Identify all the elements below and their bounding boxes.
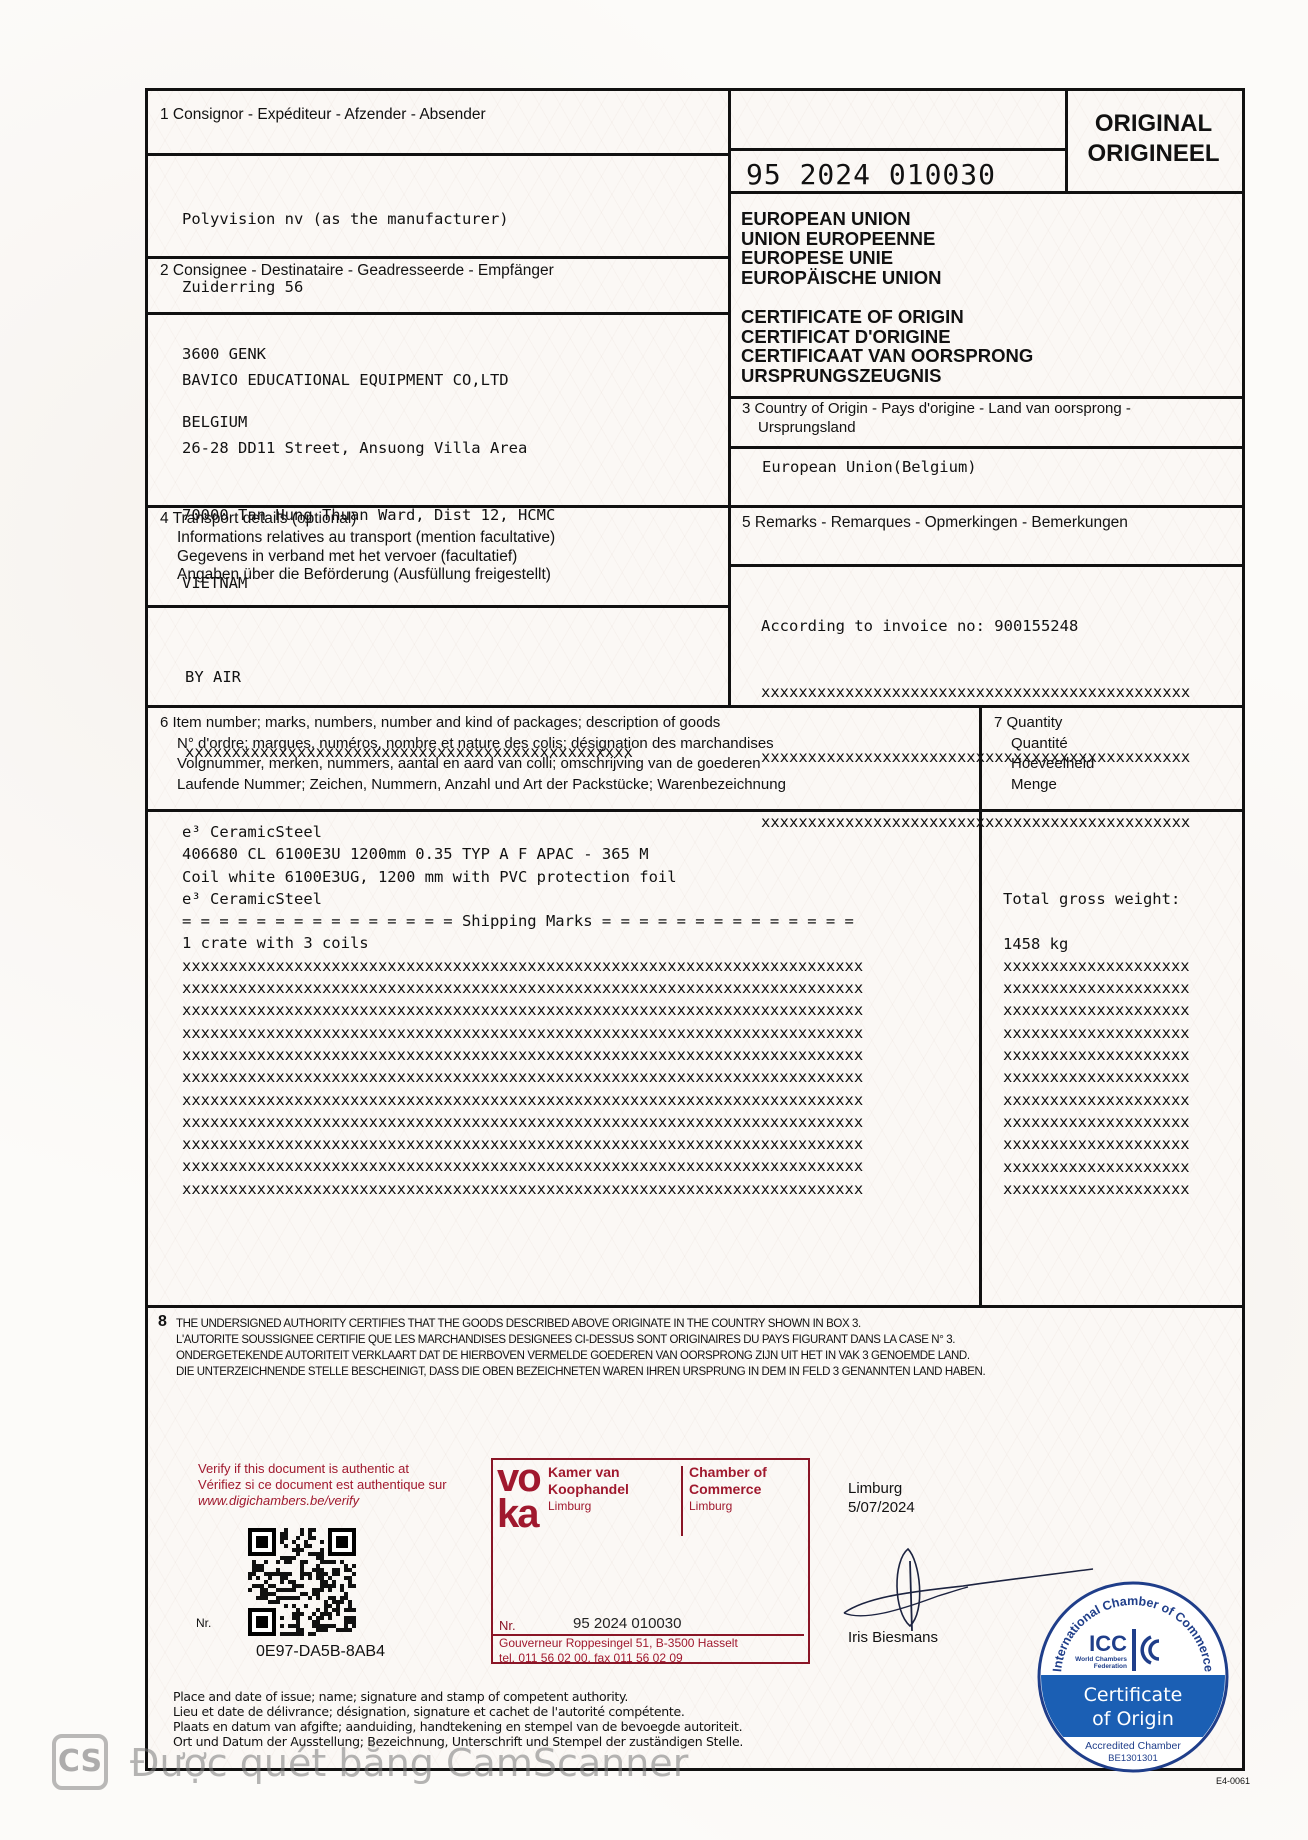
divider (148, 256, 730, 259)
chamber-contact: Gouverneur Roppesingel 51, B-3500 Hassel… (499, 1636, 738, 1666)
box3-label-line: Ursprungsland (742, 418, 1131, 437)
union-title: EUROPEAN UNION (741, 209, 941, 229)
filler-line: xxxxxxxxxxxxxxxxxxxx (1003, 1066, 1233, 1088)
certification-line: L'AUTORITE SOUSSIGNEE CERTIFIE QUE LES M… (176, 1332, 985, 1348)
stamp-nr-label: Nr. (499, 1618, 516, 1633)
filler-line: xxxxxxxxxxxxxxxxxxxx (1003, 977, 1233, 999)
filler-line: xxxxxxxxxxxxxxxxxxxx (1003, 1133, 1233, 1155)
certificate-title: URSPRUNGSZEUGNIS (741, 366, 1033, 386)
invoice-reference: According to invoice no: 900155248 (761, 616, 1190, 638)
consignor-line: Polyvision nv (as the manufacturer) (182, 208, 509, 231)
voka-logo: vo ka (497, 1460, 540, 1532)
filler-line: xxxxxxxxxxxxxxxxxxxxxxxxxxxxxxxxxxxxxxxx… (182, 1044, 972, 1066)
box7-label-line: Hoeveelheid (994, 754, 1094, 775)
chamber-nl-line: Koophandel (548, 1481, 629, 1498)
weight-label: Total gross weight: (1003, 888, 1233, 910)
certificate-titles: CERTIFICATE OF ORIGIN CERTIFICAT D'ORIGI… (741, 307, 1033, 385)
camscanner-logo: CS (52, 1734, 108, 1790)
chamber-nl-region: Limburg (548, 1498, 629, 1515)
filler-line: xxxxxxxxxxxxxxxxxxxx (1003, 1156, 1233, 1178)
issue-place-date: Limburg 5/07/2024 (848, 1479, 915, 1517)
filler-line: xxxxxxxxxxxxxxxxxxxxxxxxxxxxxxxxxxxxxxxx… (182, 1066, 972, 1088)
box4-label: 4 Transport details (optional) Informati… (160, 510, 555, 585)
box1-label: 1 Consignor - Expéditeur - Afzender - Ab… (160, 105, 486, 124)
goods-line: 406680 CL 6100E3U 1200mm 0.35 TYP A F AP… (182, 843, 972, 865)
divider (148, 809, 1242, 812)
filler-line: xxxxxxxxxxxxxxxxxxxxxxxxxxxxxxxxxxxxxxxx… (182, 955, 972, 977)
goods-line: Coil white 6100E3UG, 1200 mm with PVC pr… (182, 866, 972, 888)
chamber-en: Chamber of Commerce Limburg (689, 1464, 767, 1515)
svg-text:World Chambers: World Chambers (1075, 1656, 1127, 1663)
transport-mode: BY AIR (185, 665, 633, 690)
certification-line: ONDERGETEKENDE AUTORITEIT VERKLAART DAT … (176, 1348, 985, 1364)
issue-notes: Place and date of issue; name; signature… (173, 1689, 743, 1749)
verify-line: Vérifiez si ce document est authentique … (198, 1477, 447, 1493)
verify-notice: Verify if this document is authentic at … (198, 1461, 447, 1509)
union-titles: EUROPEAN UNION UNION EUROPEENNE EUROPESE… (741, 209, 941, 287)
certification-line: THE UNDERSIGNED AUTHORITY CERTIFIES THAT… (176, 1316, 985, 1332)
svg-text:Accredited Chamber: Accredited Chamber (1085, 1740, 1181, 1752)
quantity-filler: xxxxxxxxxxxxxxxxxxxxxxxxxxxxxxxxxxxxxxxx… (1003, 955, 1233, 1200)
filler-line: xxxxxxxxxxxxxxxxxxxx (1003, 1178, 1233, 1200)
divider (148, 505, 1242, 508)
certificate-title: CERTIFICAAT VAN OORSPRONG (741, 346, 1033, 366)
filler-line: xxxxxxxxxxxxxxxxxxxxxxxxxxxxxxxxxxxxxxxx… (182, 1022, 972, 1044)
union-title: UNION EUROPEENNE (741, 229, 941, 249)
box8-number: 8 (158, 1313, 167, 1331)
box7-label: 7 Quantity Quantité Hoeveelheid Menge (994, 713, 1094, 795)
box4-label-line: Informations relatives au transport (men… (160, 529, 555, 548)
filler-line: xxxxxxxxxxxxxxxxxxxxxxxxxxxxxxxxxxxxxxxx… (182, 999, 972, 1021)
quantity-column: Total gross weight: 1458 kg xxxxxxxxxxxx… (1003, 888, 1233, 1200)
verify-line: Verify if this document is authentic at (198, 1461, 447, 1477)
chamber-nl: Kamer van Koophandel Limburg (548, 1464, 629, 1515)
divider (148, 705, 1242, 708)
divider (728, 564, 1242, 567)
gross-weight: 1458 kg (1003, 933, 1233, 955)
voka-logo-top: vo (497, 1460, 540, 1496)
filler-line: xxxxxxxxxxxxxxxxxxxxxxxxxxxxxxxxxxxxxxxx… (761, 747, 1190, 769)
chamber-address: Gouverneur Roppesingel 51, B-3500 Hassel… (499, 1636, 738, 1651)
icc-seal: International Chamber of Commerce ICC Wo… (1035, 1579, 1231, 1775)
certification-line: DIE UNTERZEICHNENDE STELLE BESCHEINIGT, … (176, 1364, 985, 1380)
verify-nr-label: Nr. (196, 1616, 211, 1630)
box2-label: 2 Consignee - Destinataire - Geadresseer… (160, 261, 554, 280)
box6-label-line: Volgnummer, merken, nummers, aantal en a… (160, 754, 786, 775)
form-code: E4-0061 (1216, 1776, 1250, 1786)
box7-label-line: 7 Quantity (994, 713, 1094, 734)
column-divider (728, 91, 731, 708)
filler-line: xxxxxxxxxxxxxxxxxxxxxxxxxxxxxxxxxxxxxxxx… (761, 682, 1190, 704)
box3-label: 3 Country of Origin - Pays d'origine - L… (742, 399, 1131, 437)
consignee-line: 26-28 DD11 Street, Ansuong Villa Area (182, 437, 555, 460)
issue-note-line: Lieu et date de délivrance; désignation,… (173, 1704, 743, 1719)
camscanner-watermark: Được quét bằng CamScanner (130, 1741, 688, 1785)
box7-label-line: Menge (994, 775, 1094, 796)
signatory-name: Iris Biesmans (848, 1629, 938, 1646)
goods-line: e³ CeramicSteel (182, 821, 972, 843)
filler-line: xxxxxxxxxxxxxxxxxxxxxxxxxxxxxxxxxxxxxxxx… (182, 1111, 972, 1133)
verify-url-link[interactable]: www.digichambers.be/verify (198, 1493, 447, 1509)
issue-date: 5/07/2024 (848, 1498, 915, 1517)
filler-line: xxxxxxxxxxxxxxxxxxxx (1003, 1089, 1233, 1111)
divider (148, 1305, 1242, 1308)
column-divider (979, 705, 982, 1307)
certification-statement: THE UNDERSIGNED AUTHORITY CERTIFIES THAT… (176, 1316, 985, 1380)
certificate-form: 1 Consignor - Expéditeur - Afzender - Ab… (145, 88, 1245, 1771)
svg-text:of Origin: of Origin (1092, 1708, 1174, 1730)
icc-seal-icon: International Chamber of Commerce ICC Wo… (1035, 1579, 1231, 1775)
certificate-serial-number: 95 2024 010030 (746, 158, 996, 191)
original-nl: ORIGINEEL (1065, 139, 1242, 169)
filler-line: xxxxxxxxxxxxxxxxxxxx (1003, 955, 1233, 977)
stamp-divider (681, 1466, 683, 1536)
qr-code[interactable] (248, 1528, 356, 1636)
box6-label-line: N° d'ordre; marques, numéros, nombre et … (160, 734, 786, 755)
union-title: EUROPÄISCHE UNION (741, 268, 941, 288)
shipping-marks-separator: = = = = = = = = = = = = = = = Shipping M… (182, 910, 972, 932)
union-title: EUROPESE UNIE (741, 248, 941, 268)
divider (728, 148, 1065, 151)
svg-text:Certificate: Certificate (1084, 1684, 1183, 1706)
qr-code-icon (248, 1528, 356, 1636)
divider (728, 191, 1242, 194)
box6-label: 6 Item number; marks, numbers, number an… (160, 713, 786, 795)
package-count: 1 crate with 3 coils (182, 932, 972, 954)
chamber-en-line: Chamber of (689, 1464, 767, 1481)
chamber-nl-line: Kamer van (548, 1464, 629, 1481)
issue-note-line: Plaats en datum van afgifte; aanduiding,… (173, 1719, 743, 1734)
certificate-title: CERTIFICAT D'ORIGINE (741, 327, 1033, 347)
chamber-en-line: Commerce (689, 1481, 767, 1498)
goods-line: e³ CeramicSteel (182, 888, 972, 910)
box5-label: 5 Remarks - Remarques - Opmerkingen - Be… (742, 513, 1128, 532)
svg-text:ICC: ICC (1089, 1631, 1127, 1656)
filler-line: xxxxxxxxxxxxxxxxxxxx (1003, 1044, 1233, 1066)
filler-line: xxxxxxxxxxxxxxxxxxxxxxxxxxxxxxxxxxxxxxxx… (182, 1178, 972, 1200)
divider (148, 153, 730, 156)
svg-text:BE1301301: BE1301301 (1108, 1753, 1158, 1764)
consignee-address: BAVICO EDUCATIONAL EQUIPMENT CO,LTD 26-2… (182, 324, 555, 639)
issue-place: Limburg (848, 1479, 915, 1498)
consignee-line: BAVICO EDUCATIONAL EQUIPMENT CO,LTD (182, 369, 555, 392)
filler-line: xxxxxxxxxxxxxxxxxxxx (1003, 999, 1233, 1021)
divider (728, 446, 1242, 449)
chamber-stamp: vo ka Kamer van Koophandel Limburg Chamb… (491, 1458, 810, 1664)
svg-text:Federation: Federation (1094, 1663, 1127, 1670)
box4-label-line: 4 Transport details (optional) (160, 510, 555, 529)
goods-description: e³ CeramicSteel 406680 CL 6100E3U 1200mm… (182, 821, 972, 1200)
filler-line: xxxxxxxxxxxxxxxxxxxxxxxxxxxxxxxxxxxxxxxx… (182, 1155, 972, 1177)
box6-label-line: Laufende Nummer; Zeichen, Nummern, Anzah… (160, 775, 786, 796)
divider (148, 605, 730, 608)
box7-label-line: Quantité (994, 734, 1094, 755)
box6-label-line: 6 Item number; marks, numbers, number an… (160, 713, 786, 734)
filler-line: xxxxxxxxxxxxxxxxxxxx (1003, 1111, 1233, 1133)
chamber-phone: tel. 011 56 02 00, fax 011 56 02 09 (499, 1651, 738, 1666)
filler-line: xxxxxxxxxxxxxxxxxxxxxxxxxxxxxxxxxxxxxxxx… (182, 977, 972, 999)
box3-label-line: 3 Country of Origin - Pays d'origine - L… (742, 399, 1131, 418)
filler-line: xxxxxxxxxxxxxxxxxxxxxxxxxxxxxxxxxxxxxxxx… (182, 1089, 972, 1111)
voka-logo-bottom: ka (497, 1496, 540, 1532)
country-of-origin: European Union(Belgium) (762, 456, 977, 478)
original-marker: ORIGINAL ORIGINEEL (1065, 109, 1242, 169)
divider (148, 312, 730, 315)
goods-filler: xxxxxxxxxxxxxxxxxxxxxxxxxxxxxxxxxxxxxxxx… (182, 955, 972, 1200)
verification-code: 0E97-DA5B-8AB4 (256, 1643, 385, 1661)
original-en: ORIGINAL (1065, 109, 1242, 139)
stamp-nr-value: 95 2024 010030 (573, 1615, 681, 1632)
box4-label-line: Angaben über die Beförderung (Ausfüllung… (160, 566, 555, 585)
filler-line: xxxxxxxxxxxxxxxxxxxx (1003, 1022, 1233, 1044)
certificate-title: CERTIFICATE OF ORIGIN (741, 307, 1033, 327)
box4-label-line: Gegevens in verband met het vervoer (fac… (160, 548, 555, 567)
chamber-en-region: Limburg (689, 1498, 767, 1515)
issue-note-line: Place and date of issue; name; signature… (173, 1689, 743, 1704)
filler-line: xxxxxxxxxxxxxxxxxxxxxxxxxxxxxxxxxxxxxxxx… (182, 1133, 972, 1155)
